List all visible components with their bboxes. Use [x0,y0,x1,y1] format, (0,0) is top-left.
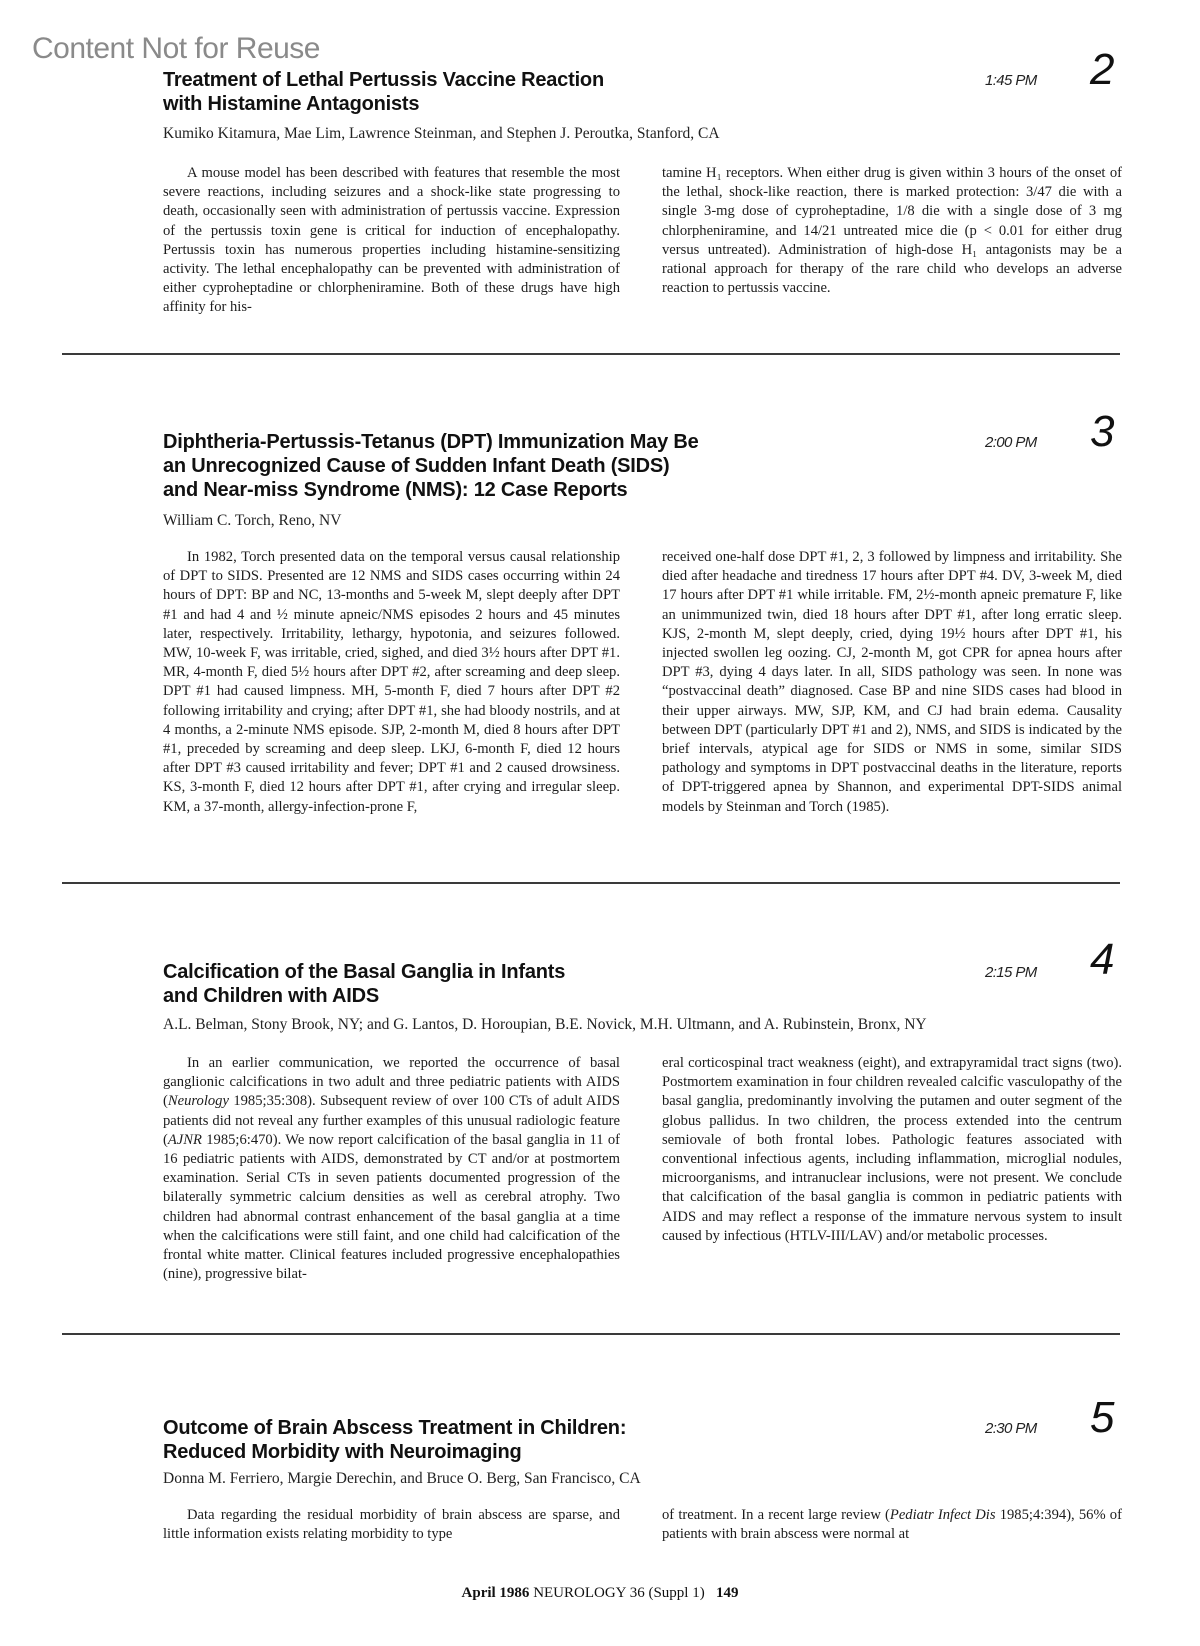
session-time: 2:30 PM [985,1420,1037,1437]
authors: Donna M. Ferriero, Margie Derechin, and … [163,1470,1123,1488]
title-line: Reduced Morbidity with Neuroimaging [163,1440,863,1464]
title-line: an Unrecognized Cause of Sudden Infant D… [163,454,863,478]
body-text: A mouse model has been described with fe… [163,164,620,318]
abstract-number: 3 [1090,410,1114,454]
abstract-number: 4 [1090,938,1114,982]
body-text: In an earlier communication, we reported… [163,1054,620,1284]
title-line: with Histamine Antagonists [163,92,863,116]
left-column: In an earlier communication, we reported… [163,1054,620,1284]
journal-citation: Pediatr Infect Dis [890,1507,996,1523]
divider [62,1333,1120,1335]
session-time: 2:15 PM [985,964,1037,981]
abstract-title: Outcome of Brain Abscess Treatment in Ch… [163,1416,863,1464]
footer-date: April 1986 [462,1585,530,1601]
abstract-title: Calcification of the Basal Ganglia in In… [163,960,863,1008]
right-column: of treatment. In a recent large review (… [662,1506,1122,1544]
divider [62,882,1120,884]
body-text: eral corticospinal tract weakness (eight… [662,1054,1122,1246]
body-text: In 1982, Torch presented data on the tem… [163,548,620,817]
body-text: of treatment. In a recent large review (… [662,1506,1122,1544]
title-line: and Children with AIDS [163,984,863,1008]
right-column: tamine H₁ receptors. When either drug is… [662,164,1122,298]
session-time: 2:00 PM [985,434,1037,451]
left-column: In 1982, Torch presented data on the tem… [163,548,620,817]
abstract-title: Treatment of Lethal Pertussis Vaccine Re… [163,68,863,116]
divider [62,353,1120,355]
abstract-number: 5 [1090,1396,1114,1440]
page-footer: April 1986 NEUROLOGY 36 (Suppl 1) 149 [0,1585,1200,1602]
left-column: Data regarding the residual morbidity of… [163,1506,620,1544]
title-line: Calcification of the Basal Ganglia in In… [163,960,863,984]
body-text: tamine H₁ receptors. When either drug is… [662,164,1122,298]
authors: A.L. Belman, Stony Brook, NY; and G. Lan… [163,1016,1123,1034]
title-line: Diphtheria-Pertussis-Tetanus (DPT) Immun… [163,430,863,454]
abstract-title: Diphtheria-Pertussis-Tetanus (DPT) Immun… [163,430,863,502]
authors: Kumiko Kitamura, Mae Lim, Lawrence Stein… [163,125,1123,143]
body-text: received one-half dose DPT #1, 2, 3 foll… [662,548,1122,817]
journal-citation: Neurology [168,1093,229,1109]
authors: William C. Torch, Reno, NV [163,512,1123,530]
session-time: 1:45 PM [985,72,1037,89]
page-number: 149 [716,1585,739,1601]
right-column: eral corticospinal tract weakness (eight… [662,1054,1122,1246]
journal-citation: AJNR [168,1132,202,1148]
abstract-number: 2 [1090,48,1114,92]
watermark: Content Not for Reuse [32,32,320,66]
left-column: A mouse model has been described with fe… [163,164,620,318]
title-line: Treatment of Lethal Pertussis Vaccine Re… [163,68,863,92]
body-text: Data regarding the residual morbidity of… [163,1506,620,1544]
footer-journal: NEUROLOGY 36 (Suppl 1) [529,1585,704,1601]
right-column: received one-half dose DPT #1, 2, 3 foll… [662,548,1122,817]
title-line: and Near-miss Syndrome (NMS): 12 Case Re… [163,478,863,502]
title-line: Outcome of Brain Abscess Treatment in Ch… [163,1416,863,1440]
